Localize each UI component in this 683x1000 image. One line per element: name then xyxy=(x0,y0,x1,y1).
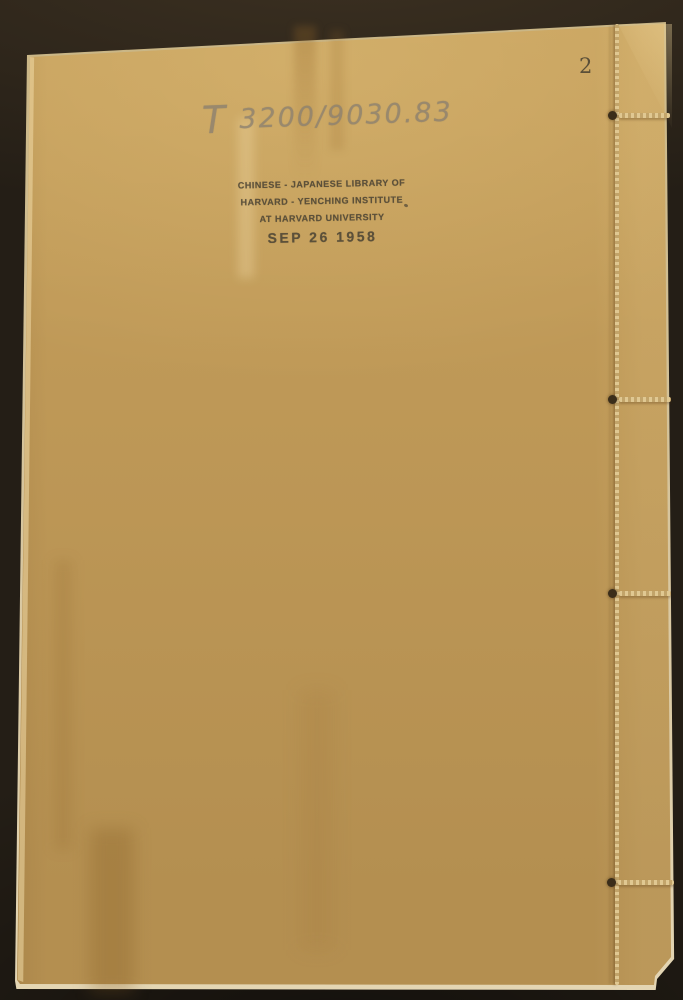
stitch-hole xyxy=(608,111,617,120)
binding-thread-horizontal xyxy=(619,397,671,402)
binding-crease xyxy=(609,26,611,984)
binding-thread-horizontal xyxy=(619,591,671,596)
stitch-hole xyxy=(608,589,617,598)
call-number-value: 3200/9030.83 xyxy=(239,97,453,135)
binding-thread-vertical xyxy=(615,24,619,985)
call-number: T 3200/9030.83 xyxy=(201,90,453,143)
call-number-prefix: T xyxy=(201,98,226,143)
stamp-line: AT HARVARD UNIVERSITY xyxy=(233,208,411,228)
book-cover xyxy=(0,0,683,1000)
stitch-hole xyxy=(607,878,616,887)
binding-thread-horizontal xyxy=(618,880,674,885)
stamp-date: SEP 26 1958 xyxy=(233,226,411,247)
stitch-hole xyxy=(608,395,617,404)
book-scan-photo: 2 T 3200/9030.83 CHINESE - JAPANESE LIBR… xyxy=(0,0,683,1000)
library-stamp: CHINESE - JAPANESE LIBRARY OF HARVARD - … xyxy=(232,174,411,247)
binding-thread-horizontal xyxy=(619,113,670,118)
page-number: 2 xyxy=(579,56,592,77)
